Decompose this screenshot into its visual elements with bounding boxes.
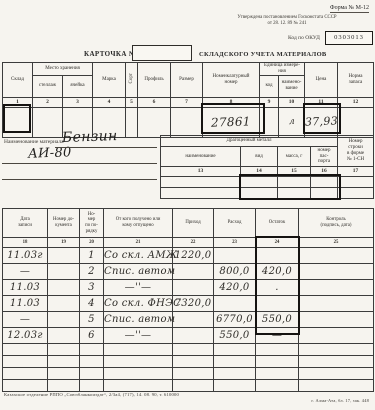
warehouse-record-card-scan: { "colors": { "paper": "#f6f4ef", "ink":… — [0, 0, 375, 410]
ledger-row: 12.03г 6 —''— 550,0 — — [3, 328, 374, 344]
pm-empty-row — [161, 177, 374, 188]
material-name-label: Наименование материала — [4, 139, 64, 145]
ledger-balance-cell — [256, 356, 299, 368]
form-number-label: Форма № М-12 — [330, 5, 369, 13]
ledger-balance-cell — [256, 248, 299, 264]
header-size: Размер — [171, 63, 203, 98]
ledger-row — [3, 368, 374, 380]
ledger-ordernum-cell: 3 — [80, 280, 104, 296]
column-number: 18 — [3, 238, 48, 248]
header-price: Цена — [305, 63, 338, 98]
ledger-control-cell — [299, 264, 374, 280]
column-number: 11 — [305, 97, 338, 107]
pm-empty-cell — [311, 188, 338, 199]
ledger-header-row: Дата записи Номер до- кумента Но- мер по… — [3, 209, 374, 238]
ledger-expense-cell: 550,0 — [214, 328, 256, 344]
ledger-control-cell — [299, 356, 374, 368]
ledger-fromto-cell: —''— — [104, 328, 173, 344]
pm-column-numbers-row: 13 14 15 16 17 — [161, 167, 374, 177]
ledger-control-cell — [299, 280, 374, 296]
column-number: 25 — [299, 238, 374, 248]
column-number: 1 — [3, 97, 33, 107]
column-number: 2 — [33, 97, 63, 107]
header-balance: Остаток — [256, 209, 299, 238]
ledger-fromto-cell — [104, 368, 173, 380]
ledger-fromto-cell: Со скл. ФНЭС — [104, 296, 173, 312]
ledger-income-cell: 1220,0 — [173, 248, 214, 264]
grade-value-cell — [126, 107, 138, 137]
ledger-row: 11.03г 1 Со скл. АМЖ 1220,0 — [3, 248, 374, 264]
ledger-row: 11.03 3 —''— 420,0 . — [3, 280, 374, 296]
material-name-handwritten-line2: АИ-80 — [28, 146, 72, 161]
footer-imprint-left: Казахское отделение РППО „Союзбланкоизда… — [4, 392, 179, 397]
ledger-date-cell: 11.03 — [3, 296, 48, 312]
ledger-doc-cell — [48, 264, 80, 280]
ledger-expense-cell — [214, 380, 256, 392]
ledger-ordernum-cell — [80, 344, 104, 356]
rule-line-1 — [55, 147, 157, 148]
ledger-doc-cell — [48, 328, 80, 344]
stock-norm-value-cell — [338, 107, 374, 137]
pm-empty-cell — [311, 177, 338, 188]
column-number: 9 — [260, 97, 279, 107]
warehouse-value-cell — [3, 107, 33, 137]
ledger-income-cell — [173, 312, 214, 328]
ledger-expense-cell: 800,0 — [214, 264, 256, 280]
column-number: 24 — [256, 238, 299, 248]
column-number: 15 — [278, 167, 311, 177]
header-doc-number: Номер до- кумента — [48, 209, 80, 238]
ledger-expense-cell — [214, 356, 256, 368]
header-record-date: Дата записи — [3, 209, 48, 238]
header-expense: Расход — [214, 209, 256, 238]
ledger-doc-cell — [48, 356, 80, 368]
ledger-balance-cell: 420,0 — [256, 264, 299, 280]
pm-empty-cell — [278, 188, 311, 199]
pm-header-passport: номер пас- порта — [311, 147, 338, 167]
pm-header-mass: масса, г — [278, 147, 311, 167]
upper-data-row: 27861 л 37,93 — [3, 107, 374, 137]
okud-code-box: 0303013 — [325, 31, 373, 45]
column-number: 7 — [171, 97, 203, 107]
ledger-control-cell — [299, 368, 374, 380]
ledger-doc-cell — [48, 312, 80, 328]
pm-empty-cell — [241, 188, 278, 199]
header-from-to: От кого получено или кому отпущено — [104, 209, 173, 238]
ledger-ordernum-cell — [80, 380, 104, 392]
ledger-control-cell — [299, 344, 374, 356]
okud-label: Код по ОКУД — [288, 35, 320, 41]
ledger-control-cell — [299, 248, 374, 264]
pm-empty-cell — [241, 177, 278, 188]
upper-spec-table: Склад Место хранения Марка Сорт Профиль … — [2, 62, 374, 138]
ledger-doc-cell — [48, 380, 80, 392]
profile-value-cell — [138, 107, 171, 137]
column-number: 5 — [126, 97, 138, 107]
column-number: 4 — [93, 97, 126, 107]
ledger-row — [3, 380, 374, 392]
ledger-fromto-cell: Спис. автом — [104, 264, 173, 280]
nomenclature-number-value: 27861 — [203, 107, 260, 137]
column-number: 13 — [161, 167, 241, 177]
ledger-doc-cell — [48, 280, 80, 296]
ledger-fromto-cell — [104, 344, 173, 356]
ledger-date-cell: 11.03г — [3, 248, 48, 264]
card-number-box — [132, 45, 192, 61]
header-nomenclature-number: Номенклатурный номер — [203, 63, 260, 98]
ledger-income-cell — [173, 368, 214, 380]
ledger-balance-cell — [256, 380, 299, 392]
ledger-expense-cell — [214, 296, 256, 312]
ledger-control-cell — [299, 380, 374, 392]
ledger-ordernum-cell — [80, 368, 104, 380]
ledger-doc-cell — [48, 368, 80, 380]
pm-header-name: наименование — [161, 147, 241, 167]
column-number: 20 — [80, 238, 104, 248]
ledger-ordernum-cell: 6 — [80, 328, 104, 344]
ledger-table: Дата записи Номер до- кумента Но- мер по… — [2, 208, 374, 392]
ledger-control-cell — [299, 312, 374, 328]
column-number: 3 — [63, 97, 93, 107]
ledger-doc-cell — [48, 344, 80, 356]
header-rack: стеллаж — [33, 75, 63, 97]
column-number: 19 — [48, 238, 80, 248]
ledger-date-cell: — — [3, 312, 48, 328]
ledger-row: — 2 Спис. автом 800,0 420,0 — [3, 264, 374, 280]
header-unit-code: код — [260, 75, 279, 97]
ledger-income-cell — [173, 280, 214, 296]
ledger-income-cell — [173, 264, 214, 280]
rack-value-cell — [33, 107, 63, 137]
ledger-balance-cell — [256, 296, 299, 312]
ledger-date-cell — [3, 344, 48, 356]
header-unit-group: Единица измере- ния — [260, 63, 305, 76]
header-grade: Сорт — [126, 63, 138, 98]
upper-column-numbers-row: 1 2 3 4 5 6 7 8 9 10 11 12 — [3, 97, 374, 107]
ledger-date-cell — [3, 380, 48, 392]
upper-header-row-1: Склад Место хранения Марка Сорт Профиль … — [3, 63, 374, 76]
card-title-suffix: СКЛАДСКОГО УЧЕТА МАТЕРИАЛОВ — [199, 51, 327, 58]
card-title: КАРТОЧКА № — [84, 50, 136, 58]
column-number: 17 — [338, 167, 374, 177]
pm-empty-cell — [161, 188, 241, 199]
header-order-number: Но- мер по по- рядку — [80, 209, 104, 238]
ledger-row — [3, 356, 374, 368]
column-number: 12 — [338, 97, 374, 107]
ledger-date-cell: — — [3, 264, 48, 280]
ledger-row: — 5 Спис. автом 6770,0 550,0 — [3, 312, 374, 328]
pm-group-header: Драгоценный металл — [161, 136, 338, 147]
ledger-row: 11.03 4 Со скл. ФНЭС 7320,0 — [3, 296, 374, 312]
ledger-income-cell — [173, 328, 214, 344]
footer-imprint-right: г. Алма-Ата, бл. 17, зак. 448 — [311, 398, 369, 403]
column-number: 8 — [203, 97, 260, 107]
ledger-expense-cell — [214, 344, 256, 356]
header-storage-place: Место хранения — [33, 63, 93, 76]
rule-line-3 — [2, 179, 157, 180]
ledger-balance-cell: 550,0 — [256, 312, 299, 328]
pm-header-line-number: Номер строки в форме № 1-СН — [338, 136, 374, 167]
ledger-income-cell: 7320,0 — [173, 296, 214, 312]
material-name-handwritten-line1: Бензин — [62, 129, 117, 145]
ledger-column-numbers-row: 18 19 20 21 22 23 24 25 — [3, 238, 374, 248]
precious-metal-table: Драгоценный металл Номер строки в форме … — [160, 135, 374, 199]
column-number: 16 — [311, 167, 338, 177]
ledger-control-cell — [299, 328, 374, 344]
ledger-control-cell — [299, 296, 374, 312]
ledger-date-cell: 12.03г — [3, 328, 48, 344]
ledger-expense-cell — [214, 248, 256, 264]
header-profile: Профиль — [138, 63, 171, 98]
ledger-fromto-cell — [104, 356, 173, 368]
ledger-date-cell — [3, 356, 48, 368]
column-number: 23 — [214, 238, 256, 248]
ledger-expense-cell: 420,0 — [214, 280, 256, 296]
ledger-income-cell — [173, 344, 214, 356]
header-brand: Марка — [93, 63, 126, 98]
pm-empty-cell — [338, 177, 374, 188]
ledger-fromto-cell: Спис. автом — [104, 312, 173, 328]
rule-line-2 — [2, 163, 157, 164]
header-control: Контроль (подпись, дата) — [299, 209, 374, 238]
header-income: Приход — [173, 209, 214, 238]
ledger-income-cell — [173, 380, 214, 392]
pm-empty-row — [161, 188, 374, 199]
unit-code-value-cell — [260, 107, 279, 137]
header-stock-norm: Норма запаса — [338, 63, 374, 98]
column-number: 21 — [104, 238, 173, 248]
ledger-balance-cell — [256, 368, 299, 380]
ledger-doc-cell — [48, 248, 80, 264]
ledger-ordernum-cell: 2 — [80, 264, 104, 280]
ledger-balance-cell — [256, 344, 299, 356]
price-value: 37,93 — [305, 107, 338, 137]
pm-group-header-row: Драгоценный металл Номер строки в форме … — [161, 136, 374, 147]
ledger-fromto-cell: —''— — [104, 280, 173, 296]
column-number: 22 — [173, 238, 214, 248]
unit-name-value: л — [279, 107, 305, 137]
ledger-expense-cell: 6770,0 — [214, 312, 256, 328]
approval-text: Утверждена постановлением Госкомстата СС… — [201, 15, 373, 28]
ledger-fromto-cell — [104, 380, 173, 392]
ledger-income-cell — [173, 356, 214, 368]
ledger-ordernum-cell — [80, 356, 104, 368]
header-warehouse: Склад — [3, 63, 33, 98]
ledger-ordernum-cell: 4 — [80, 296, 104, 312]
ledger-balance-cell: . — [256, 280, 299, 296]
ledger-date-cell — [3, 368, 48, 380]
ledger-ordernum-cell: 5 — [80, 312, 104, 328]
ledger-ordernum-cell: 1 — [80, 248, 104, 264]
ledger-expense-cell — [214, 368, 256, 380]
ledger-balance-cell: — — [256, 328, 299, 344]
header-unit-name: наимено- вание — [279, 75, 305, 97]
ledger-fromto-cell: Со скл. АМЖ — [104, 248, 173, 264]
ledger-row — [3, 344, 374, 356]
pm-header-kind: вид — [241, 147, 278, 167]
pm-empty-cell — [338, 188, 374, 199]
size-value-cell — [171, 107, 203, 137]
column-number: 6 — [138, 97, 171, 107]
ledger-date-cell: 11.03 — [3, 280, 48, 296]
header-cell: ячейка — [63, 75, 93, 97]
column-number: 14 — [241, 167, 278, 177]
column-number: 10 — [279, 97, 305, 107]
ledger-doc-cell — [48, 296, 80, 312]
pm-empty-cell — [161, 177, 241, 188]
pm-empty-cell — [278, 177, 311, 188]
